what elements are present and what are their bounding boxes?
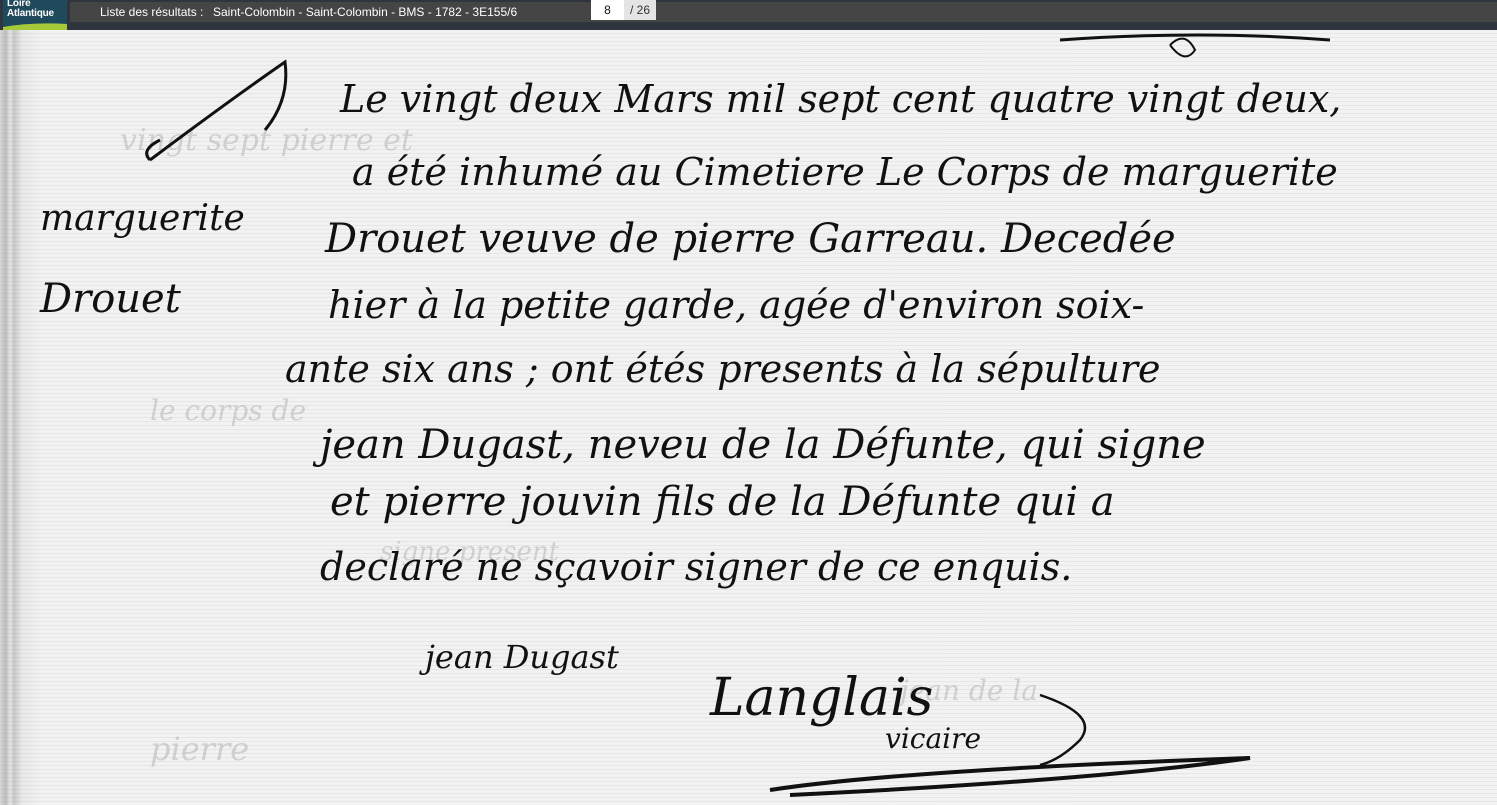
manuscript-line-8: declaré ne sçavoir signer de ce enquis. — [320, 545, 1072, 589]
manuscript-line-5: ante six ans ; ont étés presents à la sé… — [285, 347, 1161, 391]
document-image-viewer[interactable]: vingt sept pierre et le corps de signe p… — [0, 30, 1497, 805]
manuscript-image: vingt sept pierre et le corps de signe p… — [0, 30, 1497, 805]
witness-signature: jean Dugast — [419, 638, 619, 676]
loire-atlantique-logo[interactable]: Loire Atlantique — [3, 0, 67, 30]
priest-title: vicaire — [885, 722, 981, 755]
manuscript-line-1: Le vingt deux Mars mil sept cent quatre … — [339, 77, 1341, 121]
manuscript-line-7: et pierre jouvin fils de la Défunte qui … — [330, 479, 1115, 525]
logo-swoosh-icon — [3, 22, 67, 30]
manuscript-line-6: jean Dugast, neveu de la Défunte, qui si… — [312, 422, 1206, 468]
manuscript-line-4: hier à la petite garde, agée d'environ s… — [328, 283, 1144, 327]
priest-signature: Langlais — [709, 668, 933, 728]
top-bar: Loire Atlantique Liste des résultats : S… — [0, 0, 1497, 30]
logo-line2: Atlantique — [7, 9, 54, 19]
margin-note-line1: marguerite — [40, 198, 245, 239]
svg-text:le corps de: le corps de — [150, 394, 306, 427]
logo-text: Loire Atlantique — [7, 0, 54, 19]
signature-flourish — [770, 758, 1250, 795]
results-list-link[interactable]: Liste des résultats : — [100, 5, 203, 19]
manuscript-line-3: Drouet veuve de pierre Garreau. Decedée — [324, 216, 1176, 262]
page-number-input[interactable] — [591, 0, 624, 20]
svg-text:pierre: pierre — [150, 730, 249, 768]
manuscript-line-2: a été inhumé au Cimetiere Le Corps de ma… — [352, 150, 1338, 194]
document-title: Saint-Colombin - Saint-Colombin - BMS - … — [213, 5, 517, 19]
margin-note-line2: Drouet — [39, 276, 182, 322]
page-total: / 26 — [624, 0, 656, 20]
